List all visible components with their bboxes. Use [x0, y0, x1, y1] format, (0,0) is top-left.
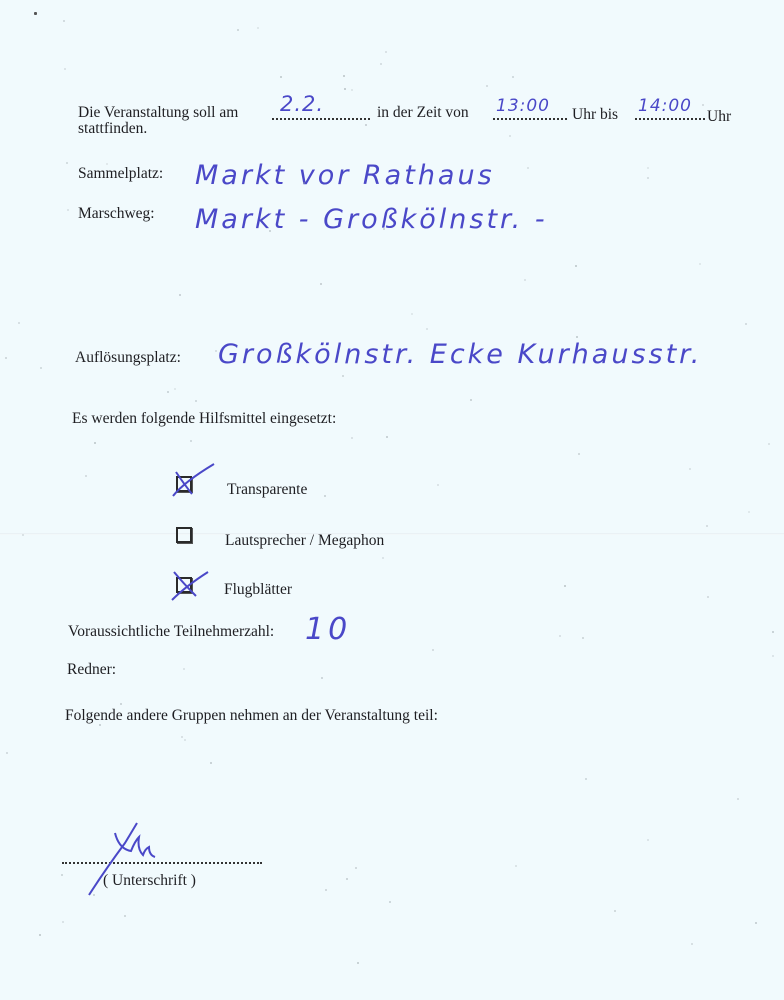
paper-speck	[772, 631, 774, 633]
paper-speck	[411, 313, 413, 315]
option-label: Transparente	[227, 481, 307, 499]
marschweg-field[interactable]: Markt - Großkölnstr. -	[195, 204, 548, 235]
paper-speck	[470, 399, 472, 401]
paper-speck	[578, 453, 580, 455]
paper-speck	[343, 75, 345, 77]
paper-speck	[61, 874, 63, 876]
paper-speck	[62, 921, 64, 923]
paper-speck	[365, 124, 367, 126]
paper-speck	[39, 934, 41, 936]
paper-speck	[5, 357, 7, 359]
paper-speck	[647, 177, 649, 179]
paper-speck	[426, 328, 428, 330]
paper-speck	[614, 910, 616, 912]
option-label: Flugblätter	[224, 581, 292, 599]
paper-speck	[320, 283, 322, 285]
paper-speck	[755, 922, 757, 924]
checkbox-lautsprecher[interactable]	[176, 527, 192, 543]
paper-speck	[124, 915, 126, 917]
time-to-field[interactable]: 14:00	[638, 96, 692, 116]
marschweg-label: Marschweg:	[78, 205, 155, 223]
paper-speck	[215, 350, 217, 352]
paper-speck	[691, 943, 693, 945]
paper-speck	[6, 752, 8, 754]
paper-speck	[699, 263, 701, 265]
time-from-dotted-line	[493, 118, 567, 120]
paper-speck	[486, 85, 488, 87]
teilnehmerzahl-label: Voraussichtliche Teilnehmerzahl:	[68, 623, 274, 641]
paper-speck	[355, 867, 357, 869]
paper-speck	[303, 182, 305, 184]
paper-speck	[210, 762, 212, 764]
paper-speck	[280, 76, 282, 78]
paper-speck	[324, 495, 326, 497]
paper-speck	[34, 12, 37, 15]
paper-speck	[106, 163, 108, 165]
paper-speck	[351, 89, 353, 91]
paper-speck	[524, 279, 526, 281]
paper-speck	[346, 878, 348, 880]
paper-speck	[179, 294, 181, 296]
paper-speck	[437, 484, 439, 486]
paper-speck	[99, 724, 101, 726]
paper-speck	[380, 63, 382, 65]
time-from-field[interactable]: 13:00	[496, 96, 550, 116]
paper-speck	[183, 668, 185, 670]
paper-speck	[564, 585, 566, 587]
paper-speck	[745, 323, 747, 325]
sammelplatz-label: Sammelplatz:	[78, 165, 163, 183]
paper-speck	[576, 336, 578, 338]
paper-speck	[772, 655, 774, 657]
paper-speck	[647, 167, 649, 169]
sammelplatz-field[interactable]: Markt vor Rathaus	[195, 160, 495, 191]
uhr-label: Uhr	[707, 108, 731, 126]
paper-speck	[93, 894, 95, 896]
paper-speck	[40, 367, 42, 369]
paper-speck	[22, 534, 24, 536]
aufloesungsplatz-field[interactable]: Großkölnstr. Ecke Kurhausstr.	[218, 339, 702, 370]
paper-speck	[432, 649, 434, 651]
paper-speck	[386, 436, 388, 438]
paper-speck	[737, 798, 739, 800]
check-mark-icon	[170, 568, 215, 604]
paper-speck	[167, 391, 169, 393]
paper-speck	[269, 230, 271, 232]
paper-speck	[66, 162, 68, 164]
paper-speck	[325, 889, 327, 891]
paper-speck	[85, 475, 87, 477]
paper-speck	[509, 135, 511, 137]
option-label: Lautsprecher / Megaphon	[225, 532, 384, 550]
paper-speck	[344, 88, 346, 90]
paper-speck	[559, 635, 561, 637]
signature-label: ( Unterschrift )	[103, 872, 196, 890]
paper-speck	[64, 68, 66, 70]
time-to-dotted-line	[635, 118, 705, 120]
paper-speck	[585, 778, 587, 780]
paper-speck	[351, 437, 353, 439]
paper-speck	[768, 443, 770, 445]
paper-speck	[647, 839, 649, 841]
paper-speck	[184, 739, 186, 741]
paper-speck	[18, 322, 20, 324]
paper-speck	[195, 400, 197, 402]
paper-speck	[689, 468, 691, 470]
paper-speck	[748, 511, 750, 513]
stattfinden-label: stattfinden.	[78, 120, 147, 138]
paper-speck	[147, 417, 149, 419]
paper-speck	[357, 962, 359, 964]
paper-speck	[342, 375, 344, 377]
paper-speck	[702, 104, 704, 106]
paper-speck	[706, 525, 708, 527]
paper-speck	[383, 228, 385, 230]
paper-speck	[515, 865, 517, 867]
paper-speck	[527, 167, 529, 169]
paper-speck	[512, 76, 514, 78]
paper-speck	[707, 596, 709, 598]
paper-speck	[174, 388, 176, 390]
paper-speck	[120, 703, 122, 705]
paper-speck	[582, 637, 584, 639]
paper-speck	[257, 27, 259, 29]
uhr-bis-label: Uhr bis	[572, 106, 618, 124]
date-field[interactable]: 2.2.	[280, 92, 324, 116]
paper-fold-line	[0, 533, 784, 535]
redner-label: Redner:	[67, 661, 116, 679]
paper-speck	[237, 29, 239, 31]
paper-speck	[63, 20, 65, 22]
paper-speck	[385, 51, 387, 53]
aufloesungsplatz-label: Auflösungsplatz:	[75, 349, 181, 367]
time-prefix-label: in der Zeit von	[377, 104, 469, 122]
paper-speck	[389, 901, 391, 903]
paper-speck	[190, 440, 192, 442]
paper-speck	[602, 349, 604, 351]
paper-speck	[575, 265, 577, 267]
paper-speck	[321, 677, 323, 679]
gruppen-label: Folgende andere Gruppen nehmen an der Ve…	[65, 707, 438, 725]
paper-speck	[181, 736, 183, 738]
hilfsmittel-heading: Es werden folgende Hilfsmittel eingesetz…	[72, 410, 336, 428]
date-dotted-line	[272, 118, 370, 120]
paper-speck	[67, 209, 69, 211]
paper-speck	[382, 557, 384, 559]
teilnehmerzahl-field[interactable]: 10	[305, 612, 351, 647]
paper-speck	[94, 442, 96, 444]
check-mark-icon	[170, 460, 220, 500]
